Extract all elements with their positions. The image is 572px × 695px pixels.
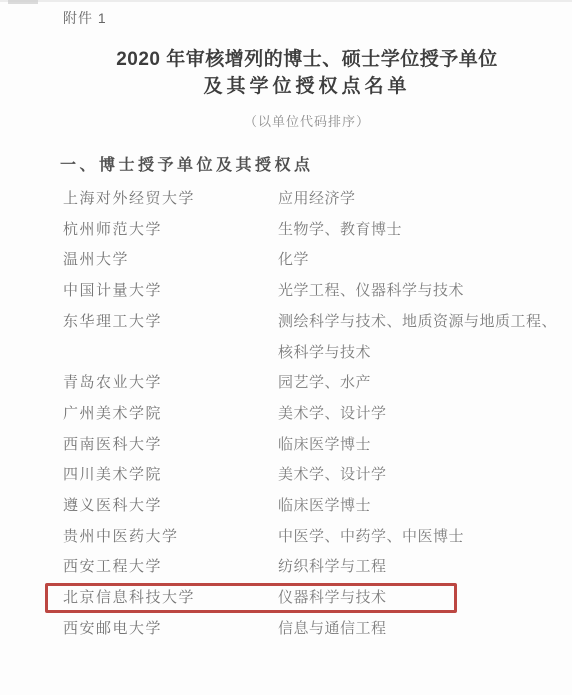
university-name: 西安工程大学 [63,552,278,583]
university-name: 北京信息科技大学 [63,583,278,614]
table-row: 东华理工大学测绘科学与技术、地质资源与地质工程、核科学与技术 [63,307,563,368]
university-name: 贵州中医药大学 [63,522,278,553]
document-page: 附件 1 2020 年审核增列的博士、硕士学位授予单位 及其学位授权点名单 （以… [0,0,572,695]
university-name: 广州美术学院 [63,399,278,430]
table-row: 温州大学化学 [63,245,563,276]
table-row: 西安工程大学纺织科学与工程 [63,552,563,583]
university-name: 遵义医科大学 [63,491,278,522]
table-row: 杭州师范大学生物学、教育博士 [63,215,563,246]
table-row: 遵义医科大学临床医学博士 [63,491,563,522]
sort-note-subtitle: （以单位代码排序） [42,111,572,130]
degree-names: 信息与通信工程 [278,614,563,645]
degree-names: 临床医学博士 [278,430,563,461]
university-name: 杭州师范大学 [63,215,278,246]
degree-names: 纺织科学与工程 [278,552,563,583]
table-row-highlighted: 北京信息科技大学仪器科学与技术 [63,583,563,614]
degree-names: 化学 [278,245,563,276]
degree-names: 美术学、设计学 [278,399,563,430]
document-title-line2: 及其学位授权点名单 [42,73,572,100]
university-name: 温州大学 [63,245,278,276]
scan-artifact-strip [0,0,572,2]
university-name: 上海对外经贸大学 [63,184,278,215]
degree-names: 仪器科学与技术 [278,583,563,614]
table-row: 广州美术学院美术学、设计学 [63,399,563,430]
degree-names: 测绘科学与技术、地质资源与地质工程、核科学与技术 [278,307,563,368]
degree-names: 园艺学、水产 [278,368,563,399]
university-name: 青岛农业大学 [63,368,278,399]
degree-names: 中医学、中药学、中医博士 [278,522,563,553]
table-row: 贵州中医药大学中医学、中药学、中医博士 [63,522,563,553]
degree-names: 临床医学博士 [278,491,563,522]
university-name: 四川美术学院 [63,460,278,491]
table-row: 上海对外经贸大学应用经济学 [63,184,563,215]
table-row: 青岛农业大学园艺学、水产 [63,368,563,399]
table-row: 中国计量大学光学工程、仪器科学与技术 [63,276,563,307]
university-name: 西安邮电大学 [63,614,278,645]
degree-names: 应用经济学 [278,184,563,215]
table-row: 四川美术学院美术学、设计学 [63,460,563,491]
university-name: 中国计量大学 [63,276,278,307]
degree-names: 生物学、教育博士 [278,215,563,246]
university-name: 西南医科大学 [63,430,278,461]
degree-names: 美术学、设计学 [278,460,563,491]
attachment-label: 附件 1 [63,8,107,28]
document-title: 2020 年审核增列的博士、硕士学位授予单位 及其学位授权点名单 [42,47,572,100]
document-title-line1: 2020 年审核增列的博士、硕士学位授予单位 [42,47,572,73]
table-row: 西安邮电大学信息与通信工程 [63,614,563,645]
section-heading: 一、博士授予单位及其授权点 [60,152,314,175]
table-row: 西南医科大学临床医学博士 [63,430,563,461]
degree-names: 光学工程、仪器科学与技术 [278,276,563,307]
degree-list: 上海对外经贸大学应用经济学杭州师范大学生物学、教育博士温州大学化学中国计量大学光… [63,184,563,645]
scan-artifact-smudge [8,0,38,4]
university-name: 东华理工大学 [63,307,278,338]
